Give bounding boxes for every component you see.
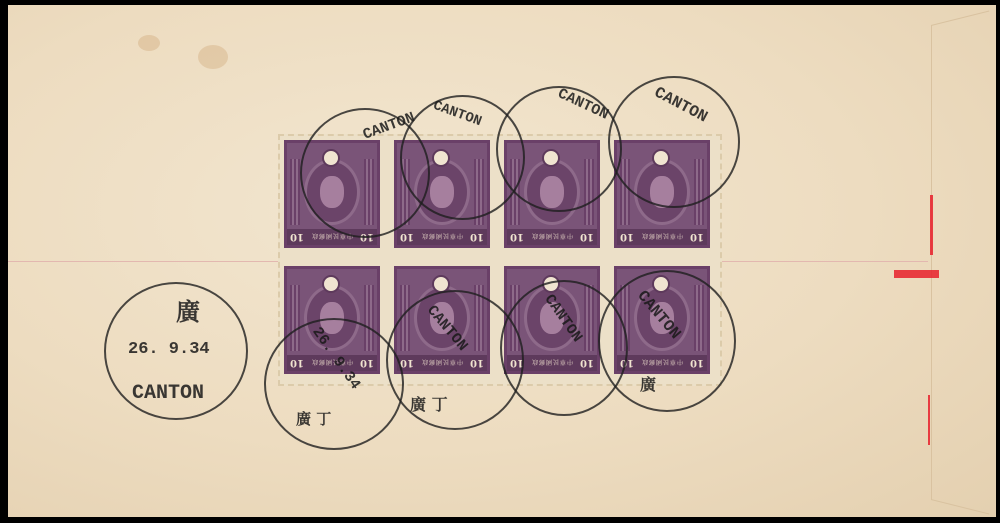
postmark-bottom [598,270,736,412]
postmark-chinese: 廣 [176,292,200,327]
postmark-city: CANTON [132,382,204,405]
stamp-value: 10 [580,232,594,243]
foxing-stain [138,35,160,51]
side-flap-top [931,10,989,25]
stamp-value: 10 [510,232,524,243]
stamp-value: 10 [400,232,414,243]
postmark-chinese: 廣 [640,372,656,395]
stamp-value: 10 [290,232,304,243]
stamp-inscription: 中華民國郵政 [531,233,573,242]
stamp-value: 10 [620,232,634,243]
postmark-chinese: 廣 丁 [410,392,448,415]
foxing-stain [198,45,228,69]
red-seal-mark [930,195,933,255]
stamp-value: 10 [690,232,704,243]
postmark-chinese: 廣 丁 [296,408,331,429]
stamp-inscription: 中華民國郵政 [641,233,683,242]
red-seal-mark [928,395,930,445]
side-flap-edge [931,25,932,500]
postmark-bottom [264,318,404,450]
side-flap-bottom [931,499,989,514]
stamp-value: 10 [470,232,484,243]
postmark-date: 26. 9.34 [128,340,210,359]
red-seal-mark [894,270,939,278]
stamp-inscription: 中華民國郵政 [421,233,463,242]
